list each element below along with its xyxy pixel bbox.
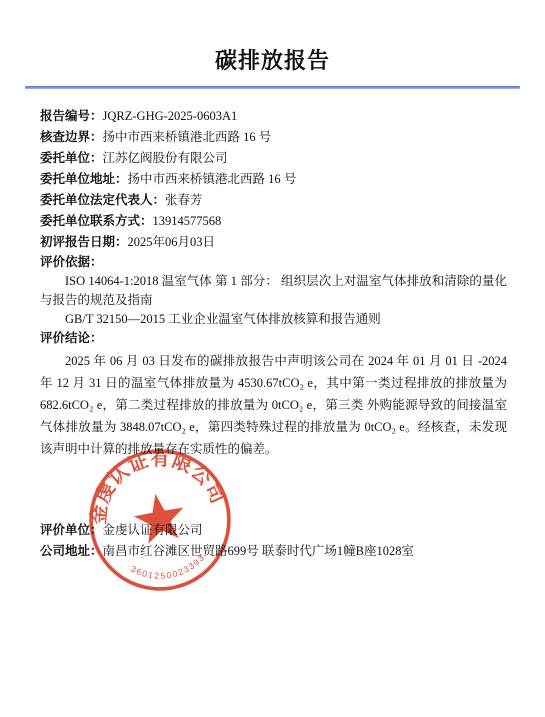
field-label: 委托单位法定代表人： [40,193,165,207]
evaluation-basis-heading: 评价依据： [40,253,507,272]
field-client-address: 委托单位地址：扬中市西来桥镇港北西路 16 号 [40,169,507,190]
basis-item-iso: ISO 14064-1:2018 温室气体 第 1 部分： 组织层次上对温室气体… [40,272,507,310]
field-value: 扬中市西来桥镇港北西路 16 号 [128,172,297,186]
field-contact-phone: 委托单位联系方式：13914577568 [40,211,507,232]
field-value: JQRZ-GHG-2025-0603A1 [103,109,238,123]
report-page: 碳排放报告 报告编号：JQRZ-GHG-2025-0603A1 核查边界：扬中市… [0,0,545,460]
field-report-number: 报告编号：JQRZ-GHG-2025-0603A1 [40,106,507,127]
seal-serial-number: 3601250023393 [128,551,210,587]
report-body: 报告编号：JQRZ-GHG-2025-0603A1 核查边界：扬中市西来桥镇港北… [40,106,507,460]
evaluation-conclusion-heading: 评价结论： [40,329,507,348]
field-label: 委托单位： [40,151,103,165]
field-value: 扬中市西来桥镇港北西路 16 号 [103,130,272,144]
basis-item-gbt: GB/T 32150—2015 工业企业温室气体排放核算和报告通则 [40,310,507,329]
field-label: 委托单位联系方式： [40,214,153,228]
field-value: 13914577568 [153,214,222,228]
field-value: 2025年06月03日 [128,235,216,249]
page-title: 碳排放报告 [0,0,545,75]
field-legal-representative: 委托单位法定代表人：张春芳 [40,190,507,211]
field-label: 委托单位地址： [40,172,128,186]
field-label: 报告编号： [40,109,103,123]
field-label: 核查边界： [40,130,103,144]
field-value: 张春芳 [165,193,203,207]
field-verification-boundary: 核查边界：扬中市西来桥镇港北西路 16 号 [40,127,507,148]
conclusion-paragraph: 2025 年 06 月 03 日发布的碳排放报告中声明该公司在 2024 年 0… [40,350,507,460]
company-seal-stamp-icon: 金虔认证有限公司 3601250023393 [72,432,248,608]
seal-star-icon [131,490,189,546]
field-label: 初评报告日期： [40,235,128,249]
field-initial-report-date: 初评报告日期：2025年06月03日 [40,232,507,253]
field-client-name: 委托单位：江苏亿阀股份有限公司 [40,148,507,169]
svg-text:3601250023393: 3601250023393 [128,551,210,587]
title-divider [25,86,520,89]
field-value: 江苏亿阀股份有限公司 [103,151,228,165]
